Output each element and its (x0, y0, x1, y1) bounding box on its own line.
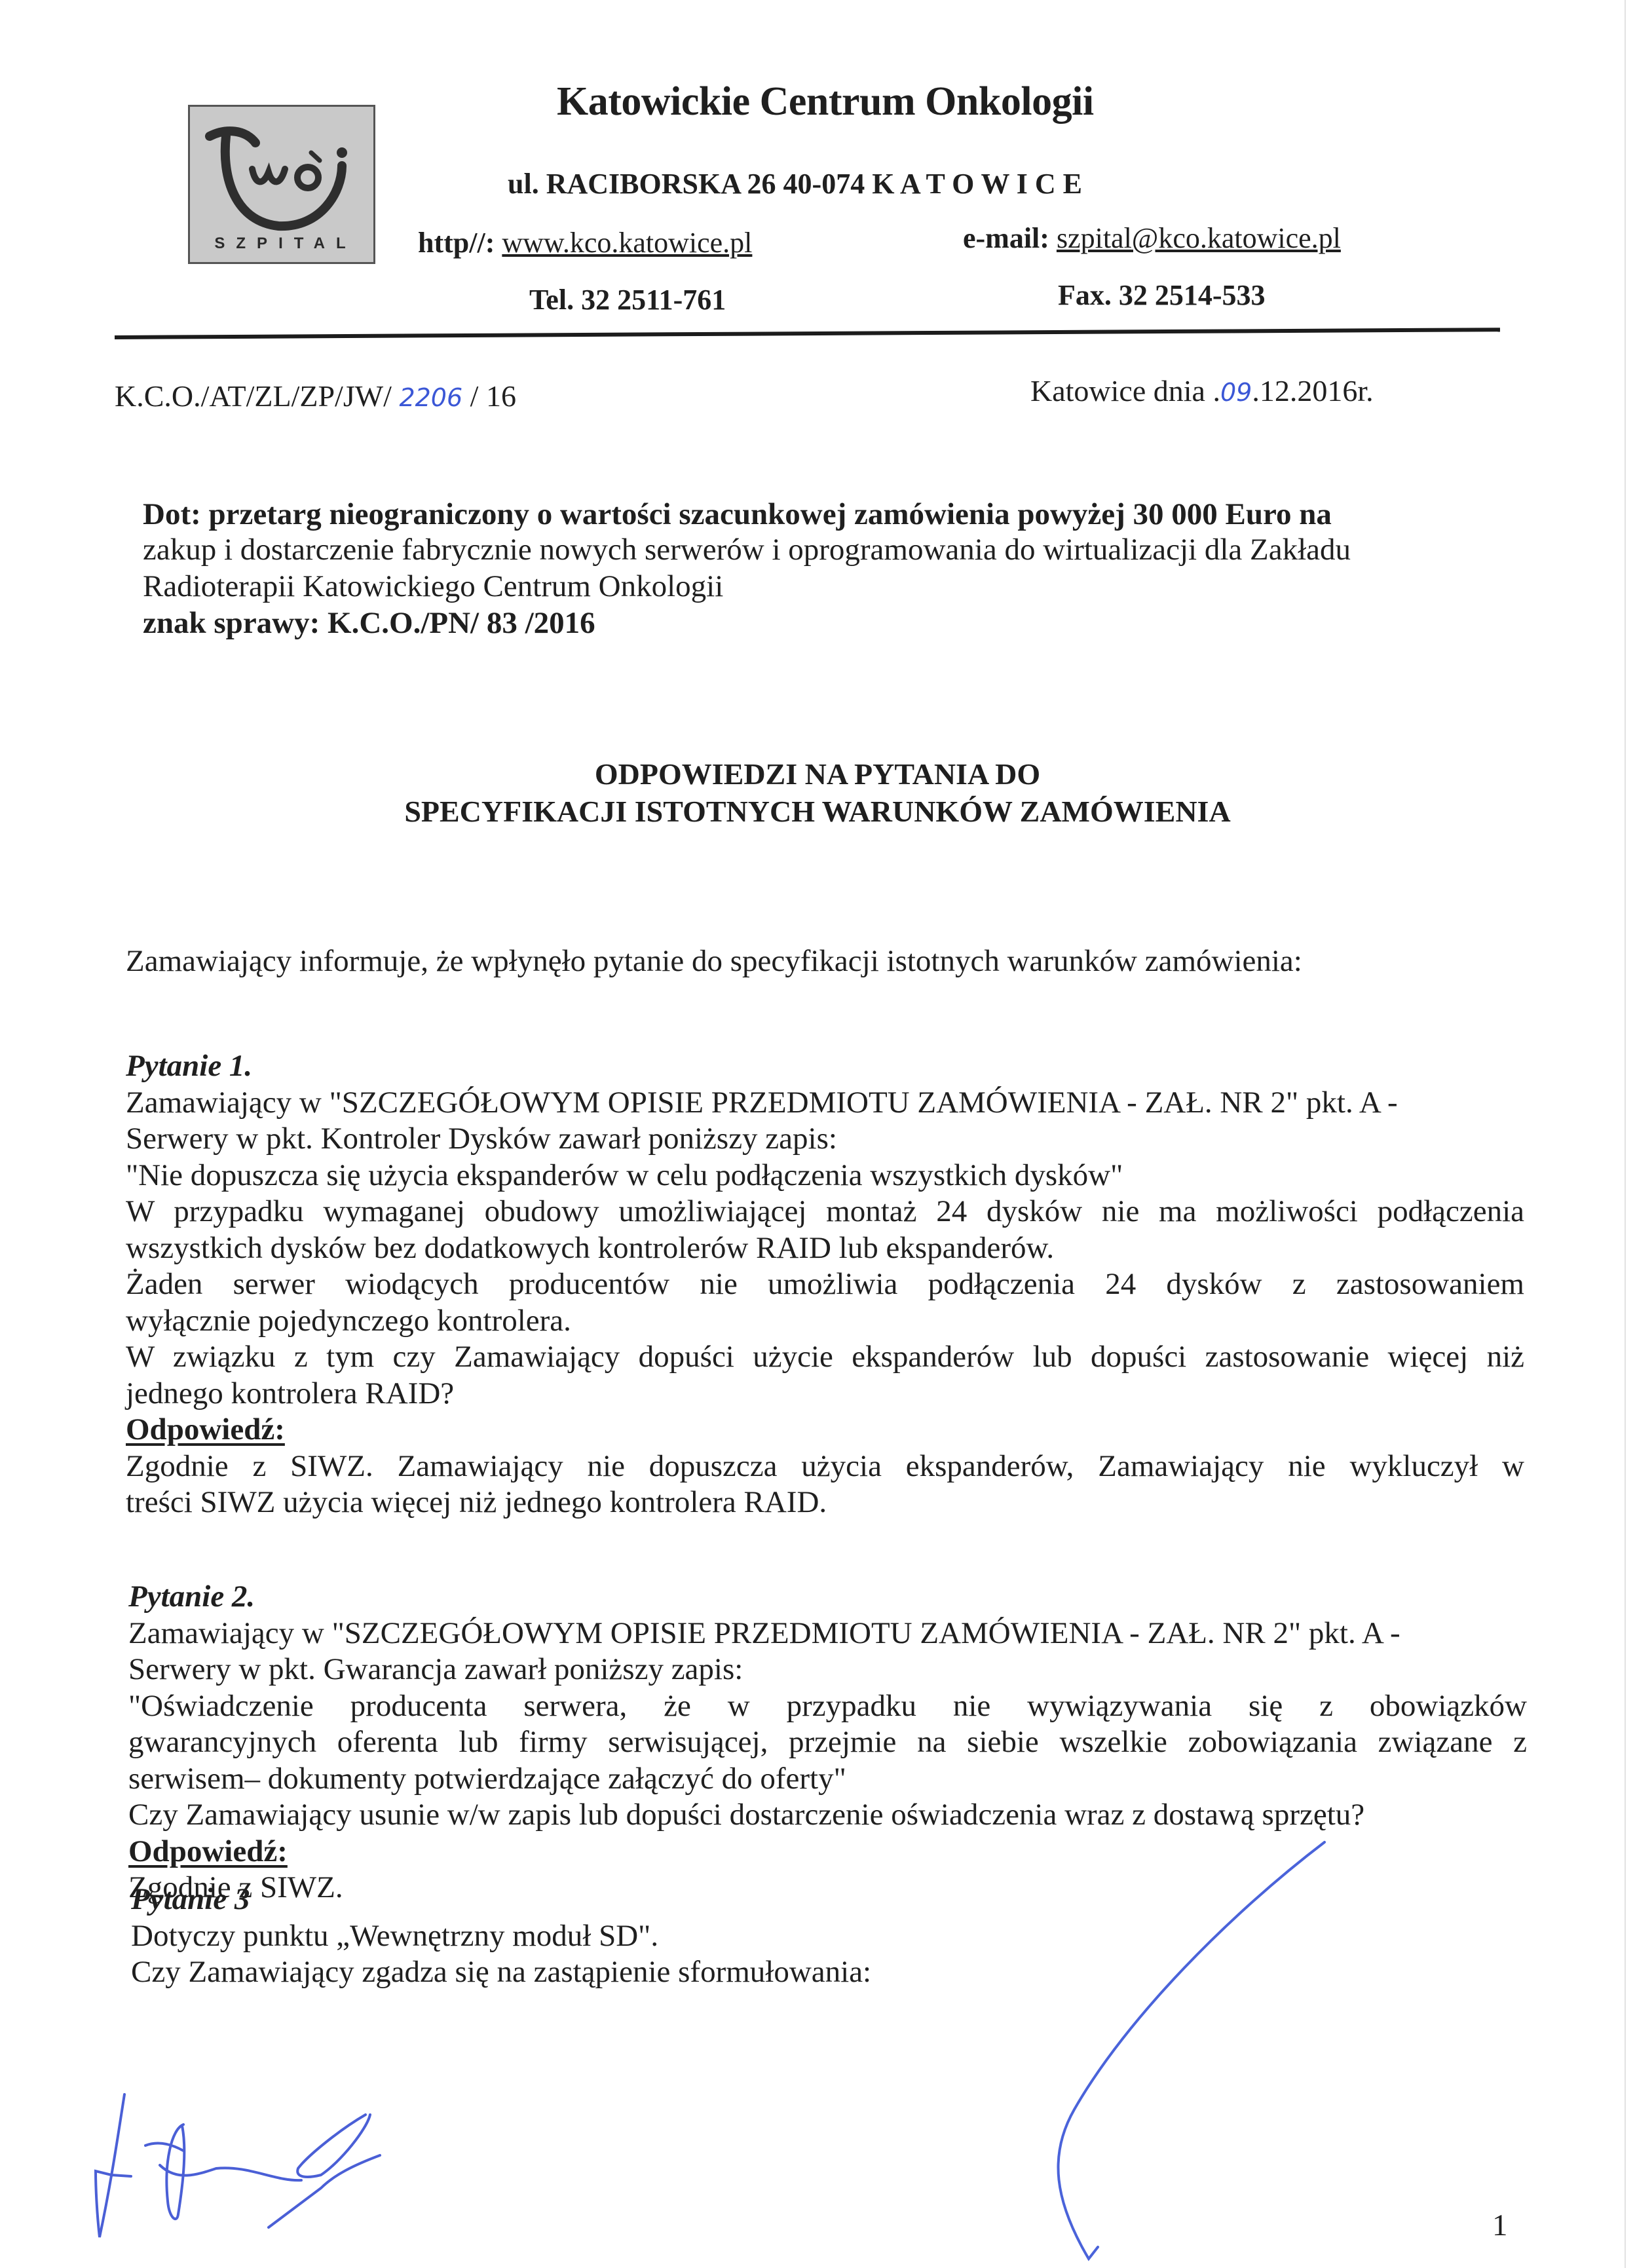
answer-label-text: Odpowiedź: (128, 1834, 288, 1868)
logo-text: SZPITAL (190, 235, 373, 253)
document-title-line-2: SPECYFIKACJI ISTOTNYCH WARUNKÓW ZAMÓWIEN… (0, 794, 1635, 829)
question-text-line: serwisem– dokumenty potwierdzające załąc… (128, 1761, 846, 1796)
answer-label: Odpowiedź: (128, 1834, 288, 1869)
subject-line-2: zakup i dostarczenie fabrycznie nowych s… (143, 532, 1351, 567)
signature-icon (96, 2094, 380, 2237)
address-street: ul. RACIBORSKA 26 40-074 (508, 168, 865, 200)
case-number: znak sprawy: K.C.O./PN/ 83 /2016 (143, 605, 595, 641)
document-title-line-1: ODPOWIEDZI NA PYTANIA DO (0, 757, 1635, 791)
question-text-line: jednego kontrolera RAID? (126, 1376, 454, 1411)
email: e-mail: szpital@kco.katowice.pl (963, 221, 1341, 255)
address: ul. RACIBORSKA 26 40-074 K A T O W I C E (508, 167, 1082, 200)
question-text-line: Dotyczy punktu „Wewnętrzny moduł SD". (131, 1918, 658, 1954)
question-text-line: Zamawiający w "SZCZEGÓŁOWYM OPISIE PRZED… (126, 1085, 1398, 1120)
question-text-line: "Nie dopuszcza się użycia ekspanderów w … (126, 1158, 1123, 1193)
website: http//: www.kco.katowice.pl (418, 226, 752, 259)
email-label: e-mail: (963, 222, 1049, 254)
pen-stroke-mark (1058, 1842, 1325, 2259)
answer-text-line: Zgodnie z SIWZ. Zamawiający nie dopuszcz… (126, 1448, 1524, 1484)
answer-label-text: Odpowiedź: (126, 1412, 285, 1446)
question-text-line: Zamawiający w "SZCZEGÓŁOWYM OPISIE PRZED… (128, 1616, 1400, 1651)
answer-text-line: treści SIWZ użycia więcej niż jednego ko… (126, 1484, 827, 1520)
hospital-logo: SZPITAL (188, 105, 375, 264)
question-text-line: gwarancyjnych oferenta lub firmy serwisu… (128, 1724, 1527, 1760)
question-label: Pytanie 2. (128, 1579, 255, 1614)
address-city: K A T O W I C E (872, 168, 1082, 200)
question-label: Pytanie 1. (126, 1048, 252, 1084)
website-label: http//: (418, 227, 495, 259)
question-text-line: "Oświadczenie producenta serwera, że w p… (128, 1688, 1527, 1724)
question-text-line: Serwery w pkt. Gwarancja zawarł poniższy… (128, 1652, 743, 1687)
website-link[interactable]: www.kco.katowice.pl (502, 227, 752, 259)
answer-label: Odpowiedź: (126, 1412, 285, 1447)
email-link[interactable]: szpital@kco.katowice.pl (1057, 222, 1341, 254)
intro-text: Zamawiający informuje, że wpłynęło pytan… (126, 943, 1302, 979)
question-text-line: Serwery w pkt. Kontroler Dysków zawarł p… (126, 1121, 837, 1156)
question-text-line: Czy Zamawiający usunie w/w zapis lub dop… (128, 1797, 1364, 1832)
reference-number: K.C.O./AT/ZL/ZP/JW/ 2206 / 16 (115, 379, 516, 413)
question-text-line: wszystkich dysków bez dodatkowych kontro… (126, 1230, 1054, 1266)
page-number: 1 (1492, 2208, 1508, 2243)
question-text-line: W związku z tym czy Zamawiający dopuści … (126, 1339, 1524, 1374)
scan-edge (1625, 0, 1626, 2268)
document-date: Katowice dnia .09.12.2016r. (1030, 373, 1374, 408)
question-text-line: Czy Zamawiający zgadza się na zastąpieni… (131, 1954, 871, 1990)
handwritten-day: 09 (1220, 378, 1252, 407)
handwritten-number: 2206 (399, 383, 462, 412)
organization-name: Katowickie Centrum Onkologii (557, 79, 1094, 125)
question-label: Pytanie 3 (131, 1881, 250, 1917)
subject-line-1: Dot: przetarg nieograniczony o wartości … (143, 497, 1332, 532)
question-text-line: wyłącznie pojedynczego kontrolera. (126, 1303, 571, 1338)
subject-line-3: Radioterapii Katowickiego Centrum Onkolo… (143, 569, 723, 604)
fax: Fax. 32 2514-533 (1058, 278, 1266, 312)
question-text-line: Żaden serwer wiodących producentów nie u… (126, 1266, 1524, 1302)
question-text-line: W przypadku wymaganej obudowy umożliwiaj… (126, 1194, 1524, 1229)
header-divider (115, 328, 1500, 339)
phone: Tel. 32 2511-761 (529, 283, 726, 316)
